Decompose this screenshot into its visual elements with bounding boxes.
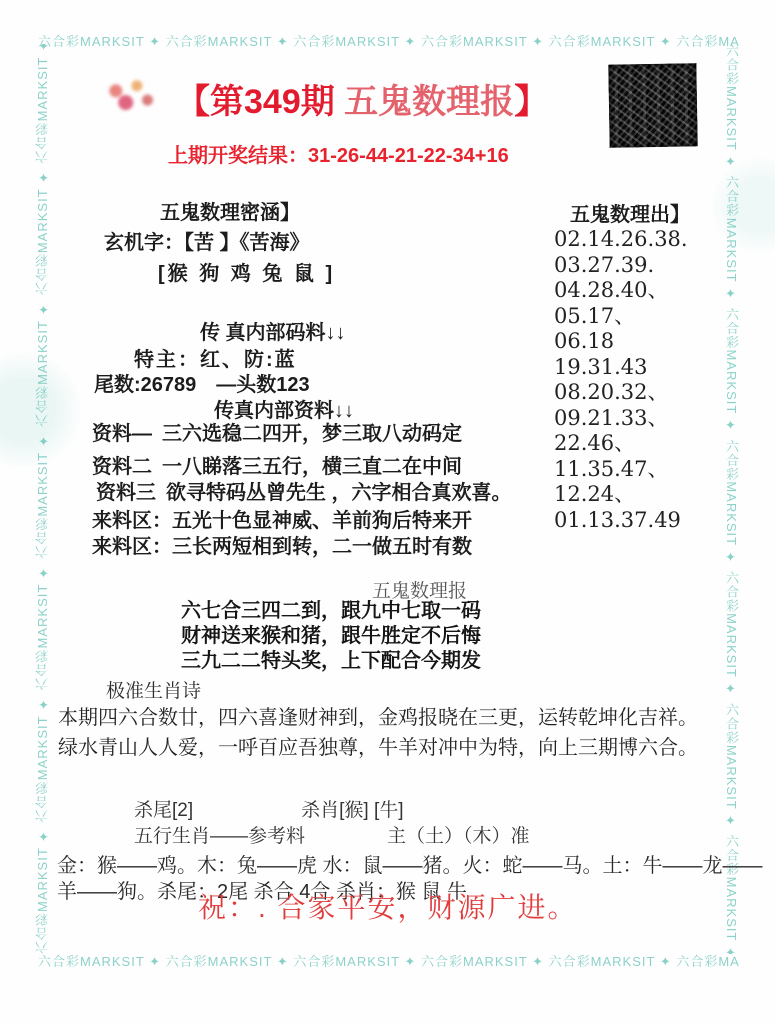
fax-code-header: 传 真内部码料↓↓ — [200, 316, 346, 345]
elements-mapping-line-1: 金：猴——鸡。木：兔——虎 水：鼠——猪。火：蛇——马。土：牛——龙—— — [57, 849, 763, 878]
number-row: 19.31.43 — [554, 355, 688, 381]
border-watermark-bottom: 六合彩MARKSIT ✦ 六合彩MARKSIT ✦ 六合彩MARKSIT ✦ 六… — [38, 952, 740, 972]
number-row: 11.35.47、 — [554, 457, 688, 483]
number-list: 02.14.26.38. 03.27.39. 04.28.40、 05.17、 … — [554, 227, 688, 533]
zodiac-bracket-line: [猴 狗 鸡 兔 鼠 ] — [158, 257, 335, 286]
number-row: 04.28.40、 — [554, 278, 688, 304]
number-row: 01.13.37.49 — [554, 508, 688, 534]
number-row: 05.17、 — [554, 304, 688, 330]
mystery-word-line: 玄机字：【苦 】《苦海》 — [104, 226, 310, 255]
newspaper-page: 六合彩MARKSIT ✦ 六合彩MARKSIT ✦ 六合彩MARKSIT ✦ 六… — [0, 0, 775, 1026]
number-row: 22.46、 — [554, 431, 688, 457]
info-line-2: 资料二一八睇落三五行，横三直二在中间 — [92, 450, 462, 479]
last-draw-label: 上期开奖结果： — [168, 145, 308, 167]
number-row: 08.20.32、 — [554, 380, 688, 406]
border-watermark-top: 六合彩MARKSIT ✦ 六合彩MARKSIT ✦ 六合彩MARKSIT ✦ 六… — [38, 32, 740, 52]
issue-number: 【第349期 — [176, 83, 335, 121]
blessing-line: 祝：. 合家平安，财源广进。 — [198, 886, 578, 926]
info-line-1: 资料—三六选稳二四开，梦三取八动码定 — [92, 417, 462, 446]
red-ink-smudge — [96, 74, 162, 116]
poem-line: 六七合三四二到，跟九中七取一码 — [181, 599, 481, 624]
publication-name: 五鬼数理报 — [335, 83, 514, 121]
title-close-bracket: 】 — [514, 83, 548, 121]
left-column-header: 五鬼数理密涵】 — [160, 196, 300, 225]
black-seal-stamp-icon — [608, 63, 697, 148]
number-row: 12.24、 — [554, 482, 688, 508]
main-elements: 主（土）（木）准 — [387, 826, 530, 847]
five-elements-reference-line: 五行生肖——参考料主（土）（木）准 — [134, 821, 530, 848]
zodiac-poem-line-1: 本期四六合数廿，四六喜逢财神到，金鸡报晓在三更，运转乾坤化吉祥。 — [58, 701, 698, 730]
material-line-2: 来料区：三长两短相到转，二一做五时有数 — [92, 530, 472, 559]
border-watermark-right: 六合彩MARKSIT ✦ 六合彩MARKSIT ✦ 六合彩MARKSIT ✦ 六… — [721, 44, 741, 954]
kill-tail-zodiac-line: 杀尾[2]杀肖[猴] [牛] — [134, 795, 404, 822]
poem-block: 六七合三四二到，跟九中七取一码 财神送来猴和猪，跟牛胜定不后悔 三九二二特头奖，… — [181, 599, 481, 674]
number-row: 03.27.39. — [554, 253, 688, 279]
info-label-3: 资料三 — [96, 482, 156, 504]
kill-tail: 杀尾[2] — [134, 800, 193, 821]
poem-line: 三九二二特头奖，上下配合今期发 — [181, 649, 481, 674]
five-elements-label: 五行生肖——参考料 — [134, 826, 305, 847]
kill-zodiac: 杀肖[猴] [牛] — [301, 800, 403, 821]
material-line-1: 来料区：五光十色显神威、羊前狗后特来开 — [92, 504, 472, 533]
number-row: 02.14.26.38. — [554, 227, 688, 253]
page-title: 【第349期 五鬼数理报】 — [176, 74, 548, 123]
number-row: 09.21.33、 — [554, 406, 688, 432]
zodiac-poem-header: 极准生肖诗 — [106, 676, 201, 703]
info-text-2: 一八睇落三五行，横三直二在中间 — [162, 456, 462, 478]
info-text-3: 欲寻特码丛曾先生 ，六字相合真欢喜。 — [166, 482, 512, 504]
number-row: 06.18 — [554, 329, 688, 355]
last-draw-numbers: 31-26-44-21-22-34+16 — [308, 145, 509, 167]
poem-line: 财神送来猴和猪，跟牛胜定不后悔 — [181, 624, 481, 649]
info-label-2: 资料二 — [92, 456, 152, 478]
last-draw-result: 上期开奖结果：31-26-44-21-22-34+16 — [168, 139, 509, 168]
right-column-header: 五鬼数理出】 — [570, 198, 690, 227]
info-label-1: 资料— — [92, 423, 152, 445]
tail-number-line: 尾数:26789 —头数123 — [94, 368, 310, 397]
info-text-1: 三六选稳二四开，梦三取八动码定 — [162, 423, 462, 445]
info-line-3: 资料三欲寻特码丛曾先生 ，六字相合真欢喜。 — [96, 476, 512, 505]
zodiac-poem-line-2: 绿水青山人人爱，一呼百应吾独尊，牛羊对冲中为特，向上三期博六合。 — [58, 731, 698, 760]
border-watermark-left: 六合彩MARKSIT ✦ 六合彩MARKSIT ✦ 六合彩MARKSIT ✦ 六… — [33, 44, 53, 954]
